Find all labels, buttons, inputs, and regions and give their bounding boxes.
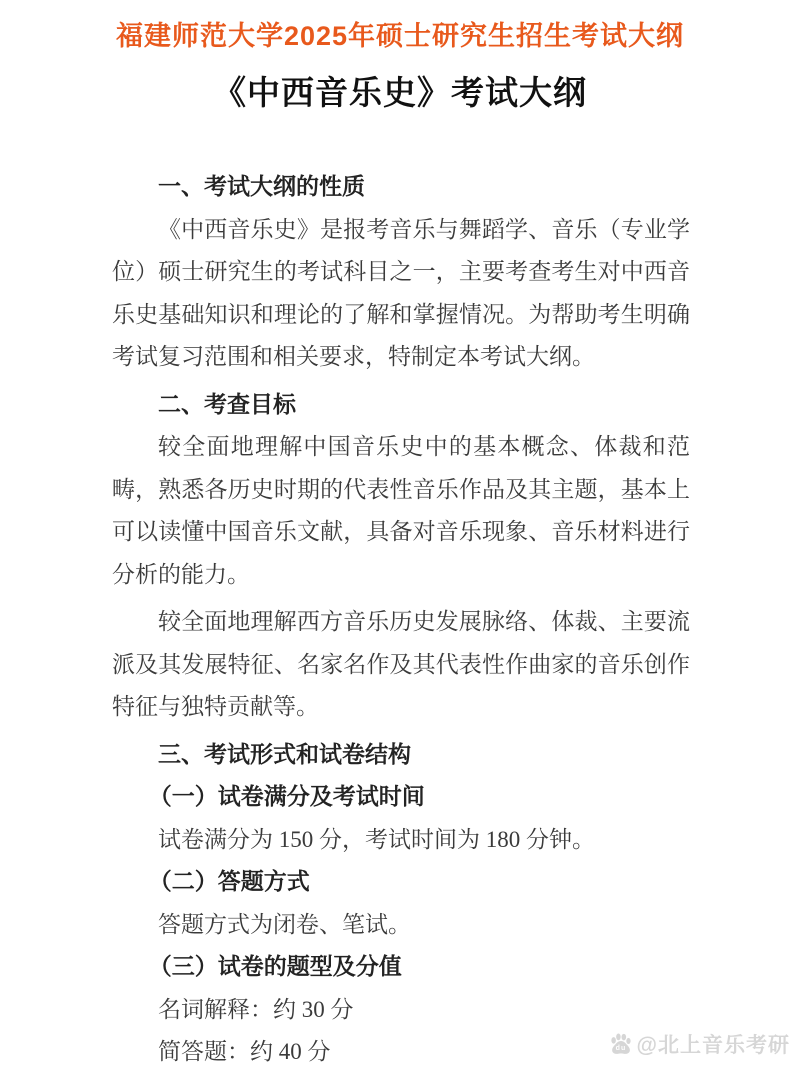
document-body: 一、考试大纲的性质 《中西音乐史》是报考音乐与舞蹈学、音乐（专业学位）硕士研究生… (112, 166, 690, 1067)
subsection-1-heading: （一）试卷满分及考试时间 (112, 776, 690, 819)
subsection-1-body: 试卷满分为 150 分，考试时间为 180 分钟。 (112, 819, 690, 862)
section-1-heading: 一、考试大纲的性质 (112, 166, 690, 209)
section-3-heading: 三、考试形式和试卷结构 (112, 734, 690, 777)
subsection-3-line-1: 名词解释：约 30 分 (112, 989, 690, 1032)
watermark-text: @北上音乐考研 (637, 1029, 790, 1059)
subject-exam-outline-title: 《中西音乐史》考试大纲 (0, 70, 800, 116)
watermark: du @北上音乐考研 (608, 1029, 790, 1059)
section-2-paragraph-2: 较全面地理解西方音乐历史发展脉络、体裁、主要流派及其发展特征、名家名作及其代表性… (112, 601, 690, 729)
svg-text:du: du (615, 1045, 626, 1052)
university-exam-outline-title: 福建师范大学2025年硕士研究生招生考试大纲 (0, 16, 800, 56)
document-header: 福建师范大学2025年硕士研究生招生考试大纲 《中西音乐史》考试大纲 (0, 0, 800, 116)
section-1-paragraph: 《中西音乐史》是报考音乐与舞蹈学、音乐（专业学位）硕士研究生的考试科目之一，主要… (112, 209, 690, 379)
subsection-2-body: 答题方式为闭卷、笔试。 (112, 904, 690, 947)
baidu-paw-icon: du (608, 1031, 634, 1057)
subsection-2-heading: （二）答题方式 (112, 861, 690, 904)
section-2-heading: 二、考查目标 (112, 384, 690, 427)
exam-outline-page: 福建师范大学2025年硕士研究生招生考试大纲 《中西音乐史》考试大纲 一、考试大… (0, 0, 800, 1067)
subsection-3-line-2: 简答题：约 40 分 (112, 1031, 690, 1067)
section-2-paragraph-1: 较全面地理解中国音乐史中的基本概念、体裁和范畴，熟悉各历史时期的代表性音乐作品及… (112, 426, 690, 596)
subsection-3-heading: （三）试卷的题型及分值 (112, 946, 690, 989)
